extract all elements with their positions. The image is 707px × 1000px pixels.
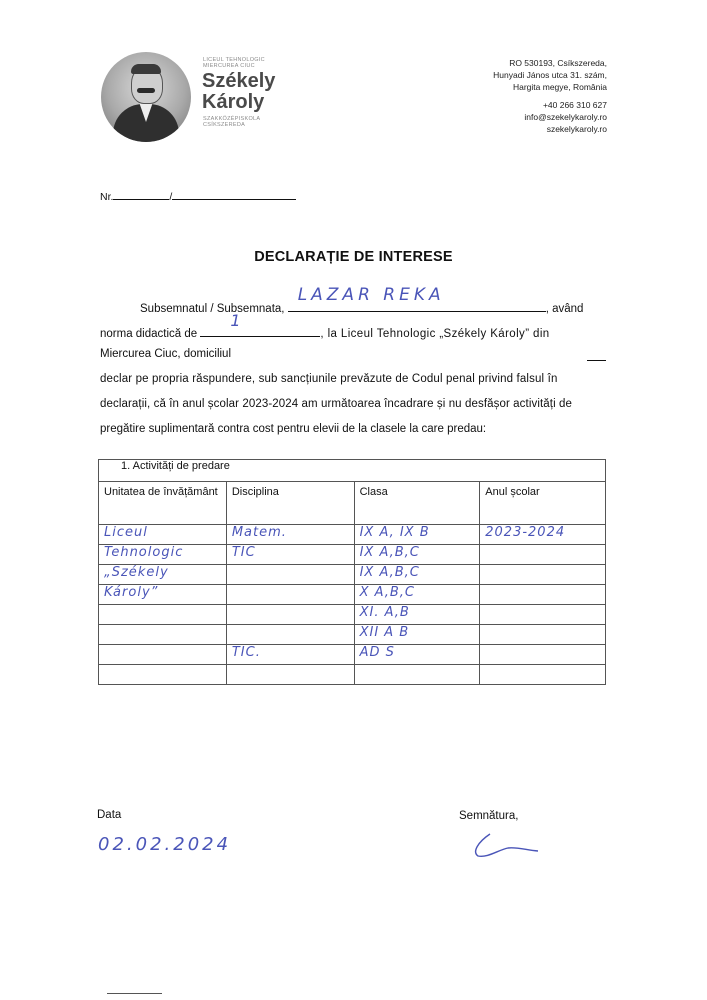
address-line2: Hunyadi János utca 31. szám, [493,69,607,81]
handwritten-entry: Liceul [104,525,148,540]
table-row: XII A B [99,625,606,645]
table-row: TIC.AD S [99,645,606,665]
nr-label: Nr. [100,191,113,203]
domicile-field[interactable] [587,360,606,361]
table-cell[interactable] [480,645,606,665]
norm-line: norma didactică de 1 , la Liceul Tehnolo… [100,322,550,341]
table-cell[interactable] [480,605,606,625]
table-cell[interactable] [480,625,606,645]
handwritten-entry: Tehnologic [104,545,183,560]
handwritten-entry: 2023-2024 [485,525,565,540]
table-cell[interactable]: Liceul [99,525,227,545]
column-header: Anul școlar [480,482,606,525]
table-cell[interactable]: „Székely [99,565,227,585]
handwritten-entry: XI. A,B [360,605,410,620]
table-cell[interactable] [226,665,354,685]
table-cell[interactable] [480,565,606,585]
school-logo-portrait [101,52,191,142]
subsemnatul-label: Subsemnatul / Subsemnata, [140,303,284,315]
declaration-line1: declar pe propria răspundere, sub sancți… [100,372,558,386]
table-cell[interactable]: IX A, IX B [354,525,480,545]
declaration-line2: declarații, că în anul școlar 2023-2024 … [100,397,572,411]
section-title: 1. Activități de predare [99,460,606,482]
logo-name-line1: Székely [202,71,275,91]
handwritten-entry: Matem. [232,525,287,540]
date-label: Data [97,808,121,822]
table-cell[interactable] [226,625,354,645]
column-header: Disciplina [226,482,354,525]
table-cell[interactable] [480,665,606,685]
table-cell[interactable]: AD S [354,645,480,665]
teaching-activities-table: 1. Activități de predare Unitatea de înv… [98,459,606,685]
table-cell[interactable] [99,645,227,665]
table-cell[interactable] [354,665,480,685]
declaration-line3: pregătire suplimentară contra cost pentr… [100,422,486,436]
table-cell[interactable]: XI. A,B [354,605,480,625]
document-title: DECLARAȚIE DE INTERESE [0,249,707,265]
handwritten-entry: XII A B [360,625,410,640]
logo-top-line2: Miercurea Ciuc [203,63,255,69]
table-row: TehnologicTICIX A,B,C [99,545,606,565]
signature-label: Semnătura, [459,809,518,823]
table-row: LiceulMatem.IX A, IX B2023-2024 [99,525,606,545]
domicile-line: Miercurea Ciuc, domiciliul [100,347,231,361]
table-cell[interactable]: IX A,B,C [354,545,480,565]
handwritten-entry: „Székely [104,565,169,580]
table-row [99,665,606,685]
phone: +40 266 310 627 [524,99,607,111]
address-line1: RO 530193, Csíkszereda, [493,57,607,69]
handwritten-entry: TIC [232,545,256,560]
handwritten-entry: IX A, IX B [360,525,430,540]
handwritten-entry: IX A,B,C [360,565,420,580]
table-cell[interactable]: XII A B [354,625,480,645]
table-cell[interactable] [226,565,354,585]
website: szekelykaroly.ro [524,123,607,135]
table-cell[interactable]: Matem. [226,525,354,545]
table-row: „SzékelyIX A,B,C [99,565,606,585]
handwritten-entry: TIC. [232,645,261,660]
table-cell[interactable] [480,585,606,605]
name-field[interactable]: LAZAR REKA [288,297,546,312]
table-cell[interactable] [226,585,354,605]
table-cell[interactable]: TIC [226,545,354,565]
email: info@szekelykaroly.ro [524,111,607,123]
table-cell[interactable] [99,625,227,645]
table-cell[interactable]: TIC. [226,645,354,665]
handwritten-entry: AD S [360,645,395,660]
handwritten-entry: X A,B,C [360,585,415,600]
column-header: Unitatea de învățământ [99,482,227,525]
norm-handwritten: 1 [230,314,240,328]
declarant-line: Subsemnatul / Subsemnata, LAZAR REKA , a… [140,297,583,316]
table-cell[interactable] [99,665,227,685]
signature-scribble[interactable] [468,830,548,860]
address-line3: Hargita megye, România [493,81,607,93]
name-handwritten: LAZAR REKA [298,288,445,302]
table-cell[interactable] [99,605,227,625]
table-cell[interactable] [480,545,606,565]
handwritten-entry: Károly” [104,585,158,600]
school-contact: +40 266 310 627 info@szekelykaroly.ro sz… [524,99,607,135]
table-cell[interactable]: Károly” [99,585,227,605]
document-number-field[interactable]: Nr./ [100,191,296,203]
table-row: XI. A,B [99,605,606,625]
norm-field[interactable]: 1 [200,322,320,337]
table-cell[interactable]: X A,B,C [354,585,480,605]
logo-bottom-line2: Csíkszereda [203,122,245,128]
table-cell[interactable] [226,605,354,625]
date-handwritten[interactable]: 02.02.2024 [98,834,231,855]
table-row: Károly”X A,B,C [99,585,606,605]
table-cell[interactable]: 2023-2024 [480,525,606,545]
table-cell[interactable]: Tehnologic [99,545,227,565]
school-address: RO 530193, Csíkszereda, Hunyadi János ut… [493,57,607,93]
logo-name-line2: Károly [202,92,264,112]
handwritten-entry: IX A,B,C [360,545,420,560]
footer-divider [107,993,162,994]
table-cell[interactable]: IX A,B,C [354,565,480,585]
column-header: Clasa [354,482,480,525]
